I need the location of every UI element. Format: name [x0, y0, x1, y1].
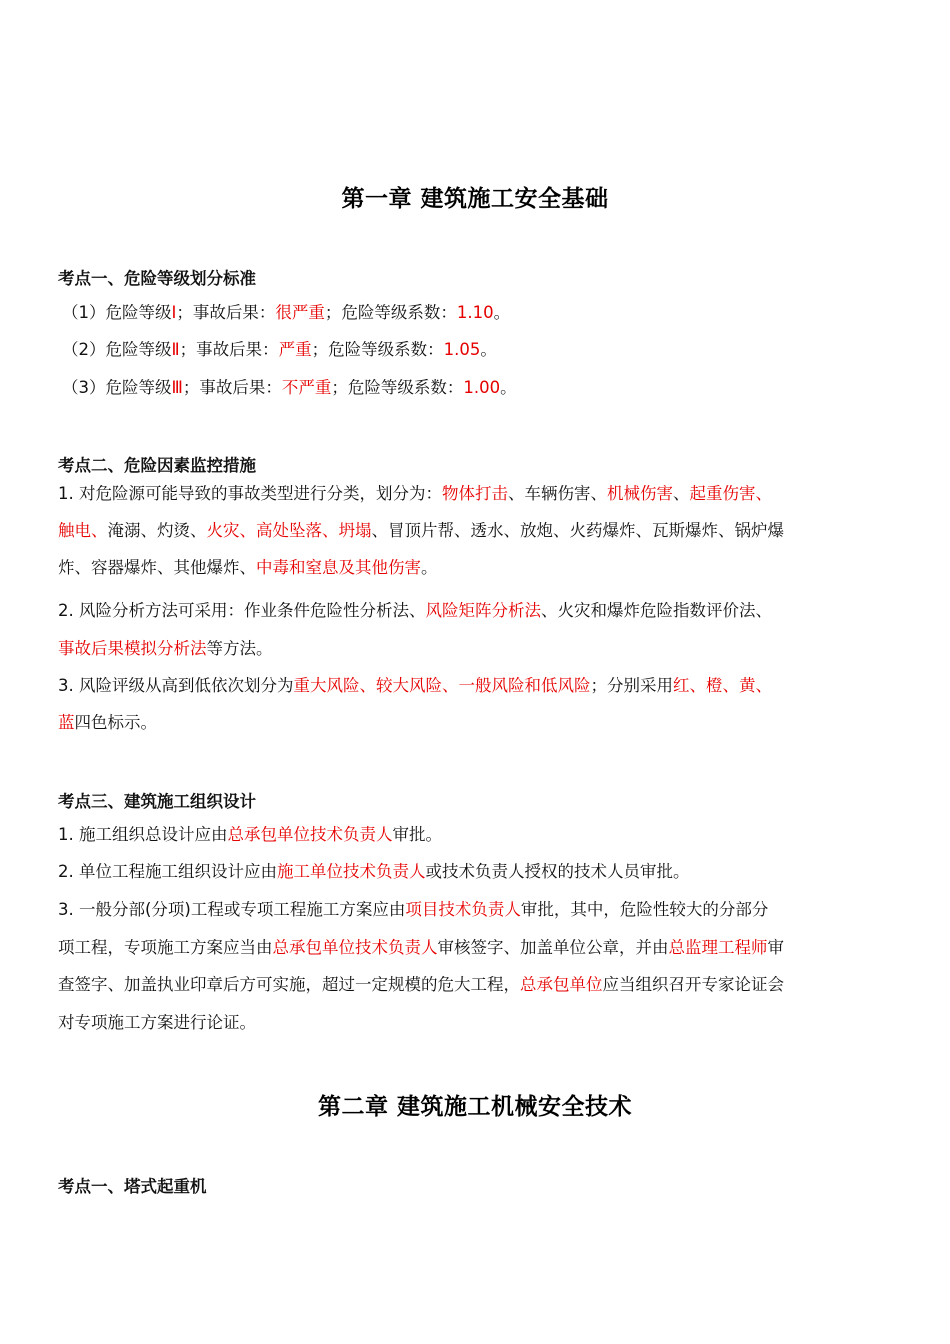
highlighted-text: 总监理工程师	[669, 938, 768, 957]
paragraph-line: 1. 施工组织总设计应由总承包单位技术负责人审批。	[58, 825, 898, 845]
paragraph-line: 2. 单位工程施工组织设计应由施工单位技术负责人或技术负责人授权的技术人员审批。	[58, 862, 898, 882]
section-heading: 考点二、危险因素监控措施	[58, 452, 256, 476]
paragraph-line: 查签字、加盖执业印章后方可实施，超过一定规模的危大工程，总承包单位应当组织召开专…	[58, 975, 898, 995]
highlighted-text: 1.05	[444, 340, 481, 359]
highlighted-text: 蓝	[58, 713, 75, 732]
paragraph-line: 触电、淹溺、灼烫、火灾、高处坠落、坍塌、冒顶片帮、透水、放炮、火药爆炸、瓦斯爆炸…	[58, 521, 898, 541]
document-page: 第一章 建筑施工安全基础考点一、危险等级划分标准（1）危险等级Ⅰ；事故后果：很严…	[0, 0, 950, 1344]
text-segment: 。	[480, 340, 497, 359]
section-heading: 考点三、建筑施工组织设计	[58, 788, 256, 812]
paragraph-line: （2）危险等级Ⅱ；事故后果：严重；危险等级系数：1.05。	[62, 340, 902, 360]
chapter-title: 第一章 建筑施工安全基础	[0, 180, 950, 213]
text-segment: 、火灾和爆炸危险指数评价法、	[541, 601, 772, 620]
text-segment: 查签字、加盖执业印章后方可实施，超过一定规模的危大工程，	[58, 975, 520, 994]
text-segment: （2）危险等级	[62, 340, 172, 359]
text-segment: ；事故后果：	[176, 303, 275, 322]
text-segment: 应当组织召开专家论证会	[603, 975, 785, 994]
paragraph-line: （1）危险等级Ⅰ；事故后果：很严重；危险等级系数：1.10。	[62, 303, 902, 323]
highlighted-text: 火灾、高处坠落、坍塌	[207, 521, 372, 540]
highlighted-text: 1.00	[463, 378, 500, 397]
text-segment: ；分别采用	[591, 676, 674, 695]
text-segment: （1）危险等级	[62, 303, 172, 322]
paragraph-line: 2. 风险分析方法可采用：作业条件危险性分析法、风险矩阵分析法、火灾和爆炸危险指…	[58, 601, 898, 621]
text-segment: 淹溺、灼烫、	[108, 521, 207, 540]
text-segment: 。	[494, 303, 511, 322]
section-heading: 考点一、塔式起重机	[58, 1173, 207, 1197]
text-segment: 1. 对危险源可能导致的事故类型进行分类，划分为：	[58, 484, 442, 503]
text-segment: ；事故后果：	[183, 378, 282, 397]
text-segment: 1. 施工组织总设计应由	[58, 825, 228, 844]
text-segment: 审核签字、加盖单位公章，并由	[438, 938, 669, 957]
text-segment: 3. 风险评级从高到低依次划分为	[58, 676, 294, 695]
text-segment: 审	[768, 938, 785, 957]
text-segment: ；危险等级系数：	[325, 303, 457, 322]
highlighted-text: 项目技术负责人	[405, 900, 521, 919]
highlighted-text: 很严重	[275, 303, 325, 322]
text-segment: ；危险等级系数：	[331, 378, 463, 397]
highlighted-text: 红、橙、黄、	[673, 676, 772, 695]
text-segment: 四色标示。	[75, 713, 158, 732]
text-segment: 。	[500, 378, 517, 397]
paragraph-line: 蓝四色标示。	[58, 713, 898, 733]
text-segment: 等方法。	[207, 639, 273, 658]
highlighted-text: 风险矩阵分析法	[426, 601, 542, 620]
text-segment: 、	[673, 484, 690, 503]
paragraph-line: 1. 对危险源可能导致的事故类型进行分类，划分为：物体打击、车辆伤害、机械伤害、…	[58, 484, 898, 504]
highlighted-text: 重大风险、较大风险、一般风险和低风险	[294, 676, 591, 695]
text-segment: 2. 风险分析方法可采用：作业条件危险性分析法、	[58, 601, 426, 620]
highlighted-text: Ⅱ	[172, 340, 180, 359]
highlighted-text: 施工单位技术负责人	[277, 862, 426, 881]
highlighted-text: 1.10	[457, 303, 494, 322]
text-segment: 审批，其中，危险性较大的分部分	[521, 900, 769, 919]
highlighted-text: 触电、	[58, 521, 108, 540]
highlighted-text: 总承包单位	[520, 975, 603, 994]
paragraph-line: （3）危险等级Ⅲ；事故后果：不严重；危险等级系数：1.00。	[62, 378, 902, 398]
highlighted-text: 起重伤害、	[690, 484, 773, 503]
highlighted-text: Ⅲ	[172, 378, 183, 397]
paragraph-line: 3. 风险评级从高到低依次划分为重大风险、较大风险、一般风险和低风险；分别采用红…	[58, 676, 898, 696]
text-segment: （3）危险等级	[62, 378, 172, 397]
text-segment: 3. 一般分部(分项)工程或专项工程施工方案应由	[58, 900, 405, 919]
text-segment: 2. 单位工程施工组织设计应由	[58, 862, 277, 881]
text-segment: 、冒顶片帮、透水、放炮、火药爆炸、瓦斯爆炸、锅炉爆	[372, 521, 785, 540]
text-segment: 审批。	[393, 825, 443, 844]
text-segment: ；事故后果：	[180, 340, 279, 359]
text-segment: 炸、容器爆炸、其他爆炸、	[58, 558, 256, 577]
highlighted-text: 总承包单位技术负责人	[273, 938, 438, 957]
highlighted-text: 物体打击	[442, 484, 508, 503]
paragraph-line: 对专项施工方案进行论证。	[58, 1013, 898, 1033]
paragraph-line: 项工程，专项施工方案应当由总承包单位技术负责人审核签字、加盖单位公章，并由总监理…	[58, 938, 898, 958]
highlighted-text: 总承包单位技术负责人	[228, 825, 393, 844]
section-heading: 考点一、危险等级划分标准	[58, 265, 256, 289]
highlighted-text: 不严重	[282, 378, 332, 397]
chapter-title: 第二章 建筑施工机械安全技术	[0, 1088, 950, 1121]
text-segment: 项工程，专项施工方案应当由	[58, 938, 273, 957]
highlighted-text: 机械伤害	[607, 484, 673, 503]
highlighted-text: 严重	[279, 340, 312, 359]
paragraph-line: 事故后果模拟分析法等方法。	[58, 639, 898, 659]
text-segment: 。	[421, 558, 438, 577]
text-segment: 、车辆伤害、	[508, 484, 607, 503]
text-segment: 对专项施工方案进行论证。	[58, 1013, 256, 1032]
text-segment: ；危险等级系数：	[312, 340, 444, 359]
text-segment: 或技术负责人授权的技术人员审批。	[426, 862, 690, 881]
highlighted-text: 事故后果模拟分析法	[58, 639, 207, 658]
paragraph-line: 炸、容器爆炸、其他爆炸、中毒和窒息及其他伤害。	[58, 558, 898, 578]
highlighted-text: 中毒和窒息及其他伤害	[256, 558, 421, 577]
paragraph-line: 3. 一般分部(分项)工程或专项工程施工方案应由项目技术负责人审批，其中，危险性…	[58, 900, 898, 920]
